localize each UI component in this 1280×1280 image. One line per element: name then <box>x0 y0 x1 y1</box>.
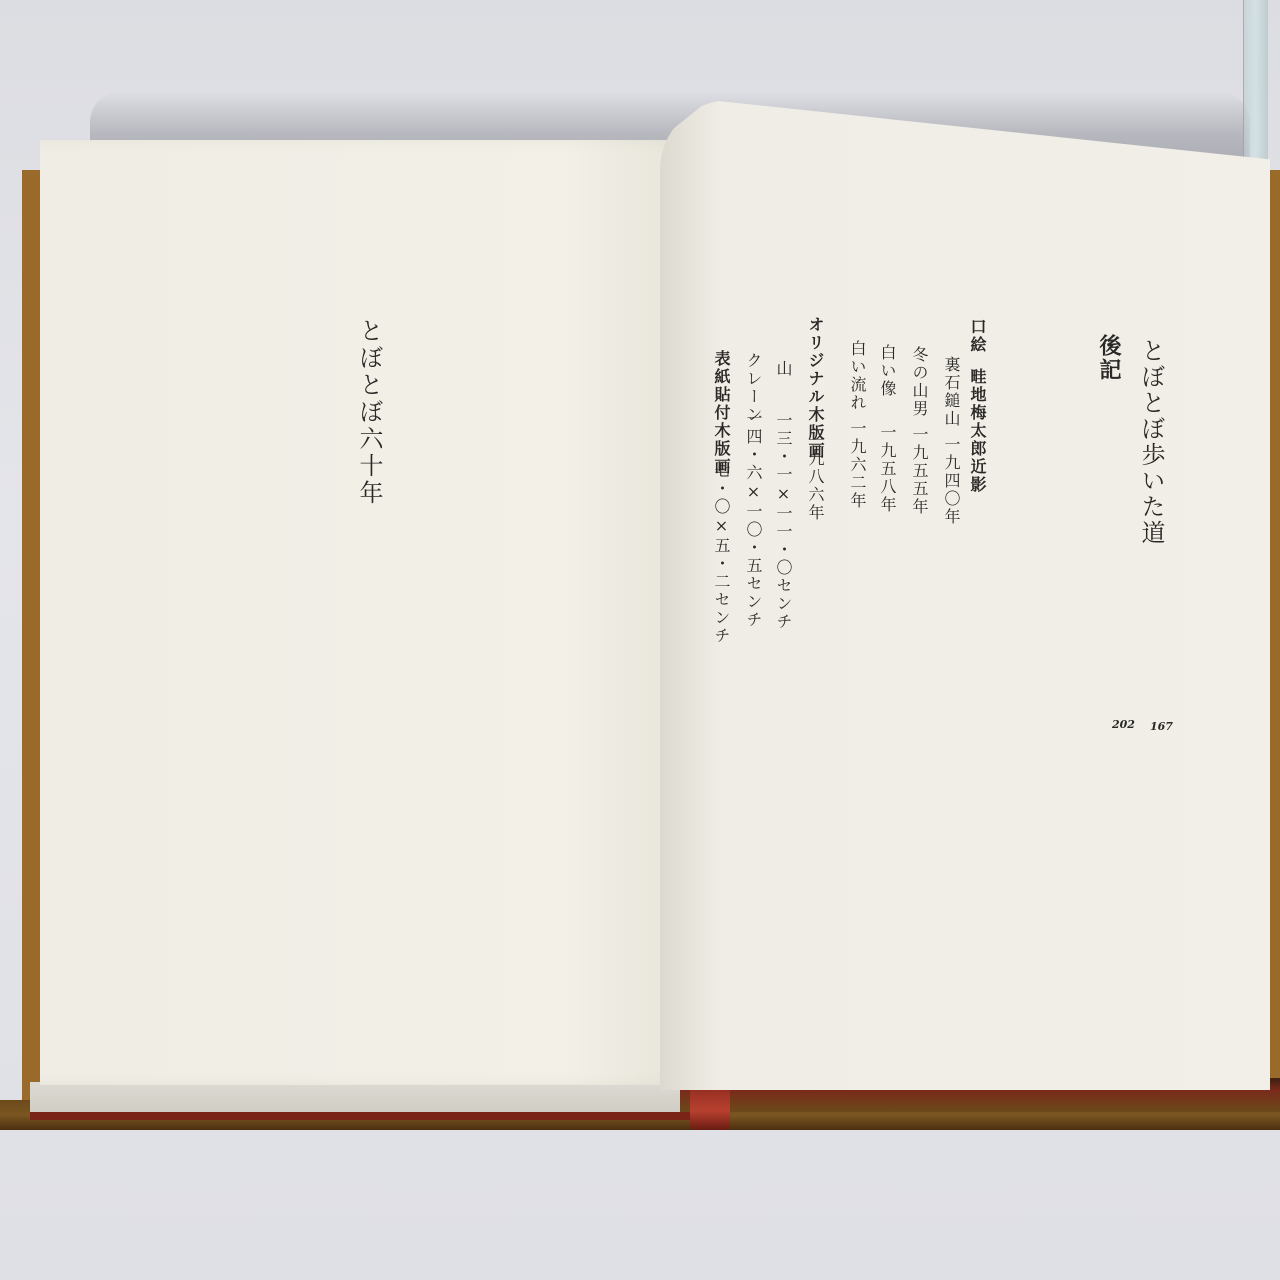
left-page <box>40 140 698 1085</box>
original-print-year: 一九八六年 <box>804 432 827 522</box>
frontispiece-item-4-label: 白い像 <box>876 344 899 398</box>
left-page-block <box>30 1082 700 1120</box>
frontispiece-heading: 口絵 <box>966 318 989 354</box>
frontispiece-item-2-label: 裏石鎚山 <box>940 356 963 428</box>
toc-entry-2-title: 後記 <box>1094 334 1125 382</box>
frontispiece-item-5-year: 一九六二年 <box>846 420 869 510</box>
cover-print-label: 表紙貼付木版画 <box>710 350 733 476</box>
frontispiece-item-4-year: 一九五八年 <box>876 424 899 514</box>
frontispiece-item-5-label: 白い流れ <box>846 340 869 412</box>
cover-print-size: 七・〇×五・二センチ <box>710 462 733 645</box>
original-print-item-1-label: 山 <box>772 360 795 378</box>
frontispiece-item-2-year: 一九四〇年 <box>940 436 963 526</box>
frontispiece-item-3-label: 冬の山男 <box>908 346 931 418</box>
original-print-item-2-size: 一四・六×一〇・五センチ <box>742 410 765 629</box>
toc-entry-1-page: 167 <box>1150 720 1173 733</box>
frontispiece-item-3-year: 一九五五年 <box>908 426 931 516</box>
original-print-item-1-size: 一三・一×一一・〇センチ <box>772 412 795 631</box>
frontispiece-item-1: 畦地梅太郎近影 <box>966 368 989 494</box>
toc-entry-1-title: とぼとぼ歩いた道 <box>1134 338 1169 546</box>
left-page-title: とぼとぼ六十年 <box>352 318 387 507</box>
toc-entry-2-page: 202 <box>1112 718 1135 731</box>
